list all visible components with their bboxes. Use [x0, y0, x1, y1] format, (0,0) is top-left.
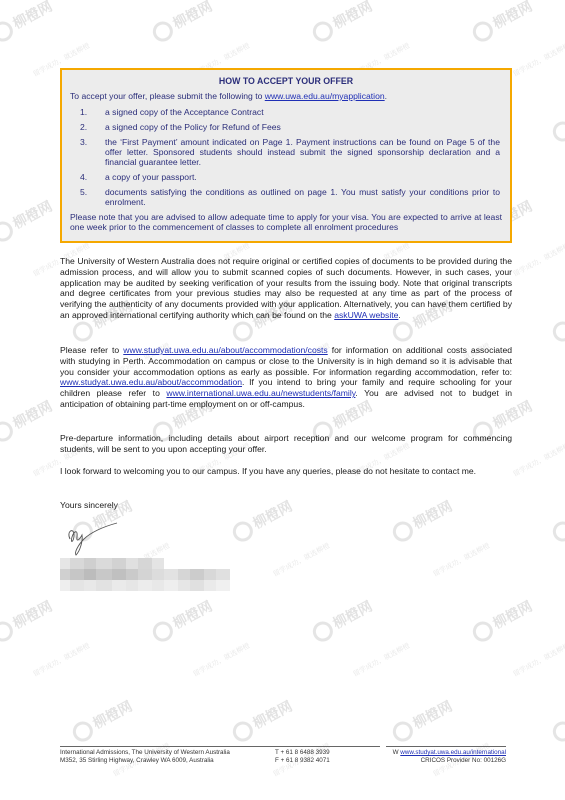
visa-note: Please note that you are advised to allo… [70, 212, 502, 232]
closing-paragraph: I look forward to welcoming you to our c… [60, 466, 512, 477]
watermark-logo: 柳橙网 [309, 0, 376, 45]
watermark-logo: 柳橙网 [549, 496, 565, 545]
accommodation-link[interactable]: www.studyat.uwa.edu.au/about/accommodati… [60, 377, 242, 387]
list-item: 3.the ‘First Payment’ amount indicated o… [70, 137, 502, 167]
phone-number: T + 61 8 6488 3939 [275, 749, 330, 757]
list-item: 5.documents satisfying the conditions as… [70, 187, 502, 207]
intro-text: To accept your offer, please submit the … [70, 91, 265, 101]
watermark-slogan: 留学成功，就选柳橙 [511, 41, 565, 79]
myapplication-link[interactable]: www.uwa.edu.au/myapplication [265, 91, 385, 101]
watermark-slogan: 留学成功，就选柳橙 [511, 641, 565, 679]
international-link[interactable]: www.studyat.uwa.edu.au/international [400, 749, 506, 756]
address-line: M352, 35 Stirling Highway, Crawley WA 60… [60, 757, 230, 765]
watermark-slogan: 留学成功，就选柳橙 [31, 641, 91, 679]
watermark-logo: 柳橙网 [149, 596, 216, 645]
footer-divider [386, 746, 506, 747]
watermark-logo: 柳橙网 [149, 0, 216, 45]
footer-web: W www.studyat.uwa.edu.au/international C… [386, 749, 506, 765]
blur-row [60, 569, 250, 580]
watermark-logo: 柳橙网 [309, 596, 376, 645]
footer-contact: T + 61 8 6488 3939 F + 61 8 9382 4071 [275, 749, 330, 765]
watermark-slogan: 留学成功，就选柳橙 [271, 541, 331, 579]
fax-number: F + 61 8 9382 4071 [275, 757, 330, 765]
footer-divider [60, 746, 380, 747]
watermark-logo: 柳橙网 [69, 696, 136, 745]
list-text: a copy of your passport. [105, 172, 502, 182]
web-line: W www.studyat.uwa.edu.au/international [386, 749, 506, 757]
list-text: a signed copy of the Acceptance Contract [105, 107, 502, 117]
address-line: International Admissions, The University… [60, 749, 230, 757]
watermark-slogan: 留学成功，就选柳橙 [191, 641, 251, 679]
blurred-signatory-name [60, 558, 250, 592]
askuwa-link[interactable]: askUWA website [334, 310, 398, 320]
offer-box-intro: To accept your offer, please submit the … [70, 91, 502, 101]
cricos-number: CRICOS Provider No: 00126G [386, 757, 506, 765]
watermark-logo: 柳橙网 [469, 0, 536, 45]
list-number: 3. [70, 137, 105, 167]
paragraph-suffix: . [398, 310, 400, 320]
list-item: 2.a signed copy of the Policy for Refund… [70, 122, 502, 132]
watermark-logo: 柳橙网 [389, 696, 456, 745]
list-text: documents satisfying the conditions as o… [105, 187, 502, 207]
letter-page: 柳橙网留学成功，就选柳橙柳橙网留学成功，就选柳橙柳橙网留学成功，就选柳橙柳橙网留… [0, 0, 565, 800]
blur-row [60, 580, 250, 591]
list-item: 4.a copy of your passport. [70, 172, 502, 182]
list-number: 1. [70, 107, 105, 117]
list-number: 2. [70, 122, 105, 132]
list-text: the ‘First Payment’ amount indicated on … [105, 137, 502, 167]
documents-paragraph: The University of Western Australia does… [60, 256, 512, 321]
watermark-logo: 柳橙网 [549, 696, 565, 745]
accommodation-costs-link[interactable]: www.studyat.uwa.edu.au/about/accommodati… [123, 345, 327, 355]
sign-off: Yours sincerely [60, 500, 512, 511]
paragraph-text: The University of Western Australia does… [60, 256, 512, 320]
watermark-logo: 柳橙网 [0, 396, 56, 445]
paragraph-text: Please refer to [60, 345, 123, 355]
watermark-logo: 柳橙网 [549, 96, 565, 145]
watermark-logo: 柳橙网 [469, 596, 536, 645]
pre-departure-paragraph: Pre-departure information, including det… [60, 433, 512, 455]
footer-address: International Admissions, The University… [60, 749, 230, 765]
watermark-slogan: 留学成功，就选柳橙 [511, 441, 565, 479]
offer-requirements-list: 1.a signed copy of the Acceptance Contra… [70, 107, 502, 207]
accommodation-paragraph: Please refer to www.studyat.uwa.edu.au/a… [60, 345, 512, 410]
offer-box-title: HOW TO ACCEPT YOUR OFFER [70, 76, 502, 86]
how-to-accept-box: HOW TO ACCEPT YOUR OFFER To accept your … [60, 68, 512, 243]
watermark-slogan: 留学成功，就选柳橙 [511, 241, 565, 279]
watermark-logo: 柳橙网 [0, 596, 56, 645]
list-number: 5. [70, 187, 105, 207]
signature-image [62, 517, 122, 557]
list-number: 4. [70, 172, 105, 182]
watermark-logo: 柳橙网 [0, 0, 56, 45]
family-link[interactable]: www.international.uwa.edu.au/newstudents… [166, 388, 355, 398]
list-item: 1.a signed copy of the Acceptance Contra… [70, 107, 502, 117]
list-text: a signed copy of the Policy for Refund o… [105, 122, 502, 132]
blur-row [60, 558, 250, 569]
intro-suffix: . [385, 91, 387, 101]
watermark-logo: 柳橙网 [0, 196, 56, 245]
watermark-slogan: 留学成功，就选柳橙 [351, 641, 411, 679]
watermark-logo: 柳橙网 [229, 696, 296, 745]
watermark-slogan: 留学成功，就选柳橙 [431, 541, 491, 579]
watermark-logo: 柳橙网 [549, 296, 565, 345]
